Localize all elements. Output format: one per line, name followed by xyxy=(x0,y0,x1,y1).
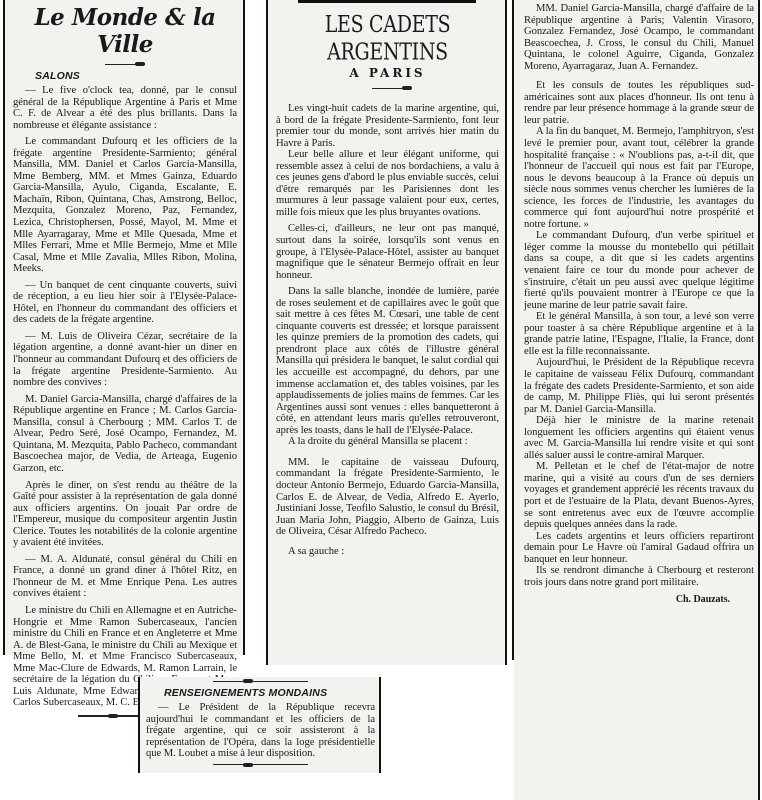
ornament-divider xyxy=(213,678,308,684)
paragraph: Déjà hier le ministre de la marine reten… xyxy=(524,415,754,461)
paragraph: Et les consuls de toutes les républiques… xyxy=(524,80,754,126)
paragraph: A sa gauche : xyxy=(276,546,499,558)
column-rule xyxy=(266,0,268,665)
paragraph: Et le général Mansilla, à son tour, a le… xyxy=(524,311,754,357)
column-rule xyxy=(505,0,507,665)
ornament-divider xyxy=(213,762,308,768)
paragraph: Dans la salle blanche, inondée de lumièr… xyxy=(276,286,499,436)
section-heading-salons: SALONS xyxy=(35,70,237,82)
paragraph: Celles-ci, d'ailleurs, ne leur ont pas m… xyxy=(276,223,499,281)
box-rule xyxy=(379,677,381,773)
article-title: LES CADETS ARGENTINS xyxy=(276,11,499,66)
column-rule xyxy=(3,0,5,655)
column-rule xyxy=(512,0,514,660)
paragraph: Le commandant Dufourq et les officiers d… xyxy=(13,136,237,275)
column-rule xyxy=(243,0,245,655)
paragraph: — Le Président de la République recevra … xyxy=(146,702,375,760)
ornament-divider xyxy=(105,61,145,67)
paragraph: Les cadets argentins et leurs officiers … xyxy=(524,531,754,566)
paragraph: — M. Luis de Oliveira Cézar, secrétaire … xyxy=(13,331,237,389)
paragraph: — M. A. Aldunaté, consul général du Chil… xyxy=(13,554,237,600)
paragraph: MM. Daniel Garcia-Mansilla, chargé d'aff… xyxy=(524,3,754,72)
column-rule xyxy=(758,0,760,800)
ornament-divider xyxy=(372,85,404,91)
section-heading-renseignements-mondains: RENSEIGNEMENTS MONDAINS xyxy=(164,687,375,699)
paragraph: Après le diner, on s'est rendu au théâtr… xyxy=(13,480,237,549)
paragraph: — Le five o'clock tea, donné, par le con… xyxy=(13,85,237,131)
masthead-le-monde-la-ville: Le Monde & la Ville xyxy=(13,4,237,58)
middle-clipping-cadets-argentins: LES CADETS ARGENTINS A PARIS Les vingt-h… xyxy=(268,0,506,665)
paragraph: Leur belle allure et leur élégant unifor… xyxy=(276,149,499,218)
paragraph: M. Pelletan et le chef de l'état-major d… xyxy=(524,461,754,530)
paragraph: Le commandant Dufourq, d'un verbe spirit… xyxy=(524,230,754,311)
paragraph: A la fin du banquet, M. Bermejo, l'amphi… xyxy=(524,126,754,230)
right-clipping-continuation: MM. Daniel Garcia-Mansilla, chargé d'aff… xyxy=(514,0,760,800)
paragraph: A la droite du général Mansilla se place… xyxy=(276,436,499,448)
bottom-clipping-renseignements: RENSEIGNEMENTS MONDAINS — Le Président d… xyxy=(138,677,381,773)
paragraph: Aujourd'hui, le Président de la Républiq… xyxy=(524,357,754,415)
paragraph: Ils se rendront dimanche à Cherbourg et … xyxy=(524,565,754,588)
article-subtitle: A PARIS xyxy=(276,66,499,80)
box-rule xyxy=(138,677,140,773)
paragraph: M. Daniel Garcia-Mansilla, chargé d'affa… xyxy=(13,394,237,475)
author-signature: Ch. Dauzats. xyxy=(524,594,754,606)
paragraph: MM. le capitaine de vaisseau Dufourq, co… xyxy=(276,457,499,538)
paragraph: — Un banquet de cent cinquante couverts,… xyxy=(13,280,237,326)
paragraph: Les vingt-huit cadets de la marine argen… xyxy=(276,103,499,149)
top-rule xyxy=(298,0,476,3)
left-clipping-le-monde: Le Monde & la Ville SALONS — Le five o'c… xyxy=(3,0,245,655)
